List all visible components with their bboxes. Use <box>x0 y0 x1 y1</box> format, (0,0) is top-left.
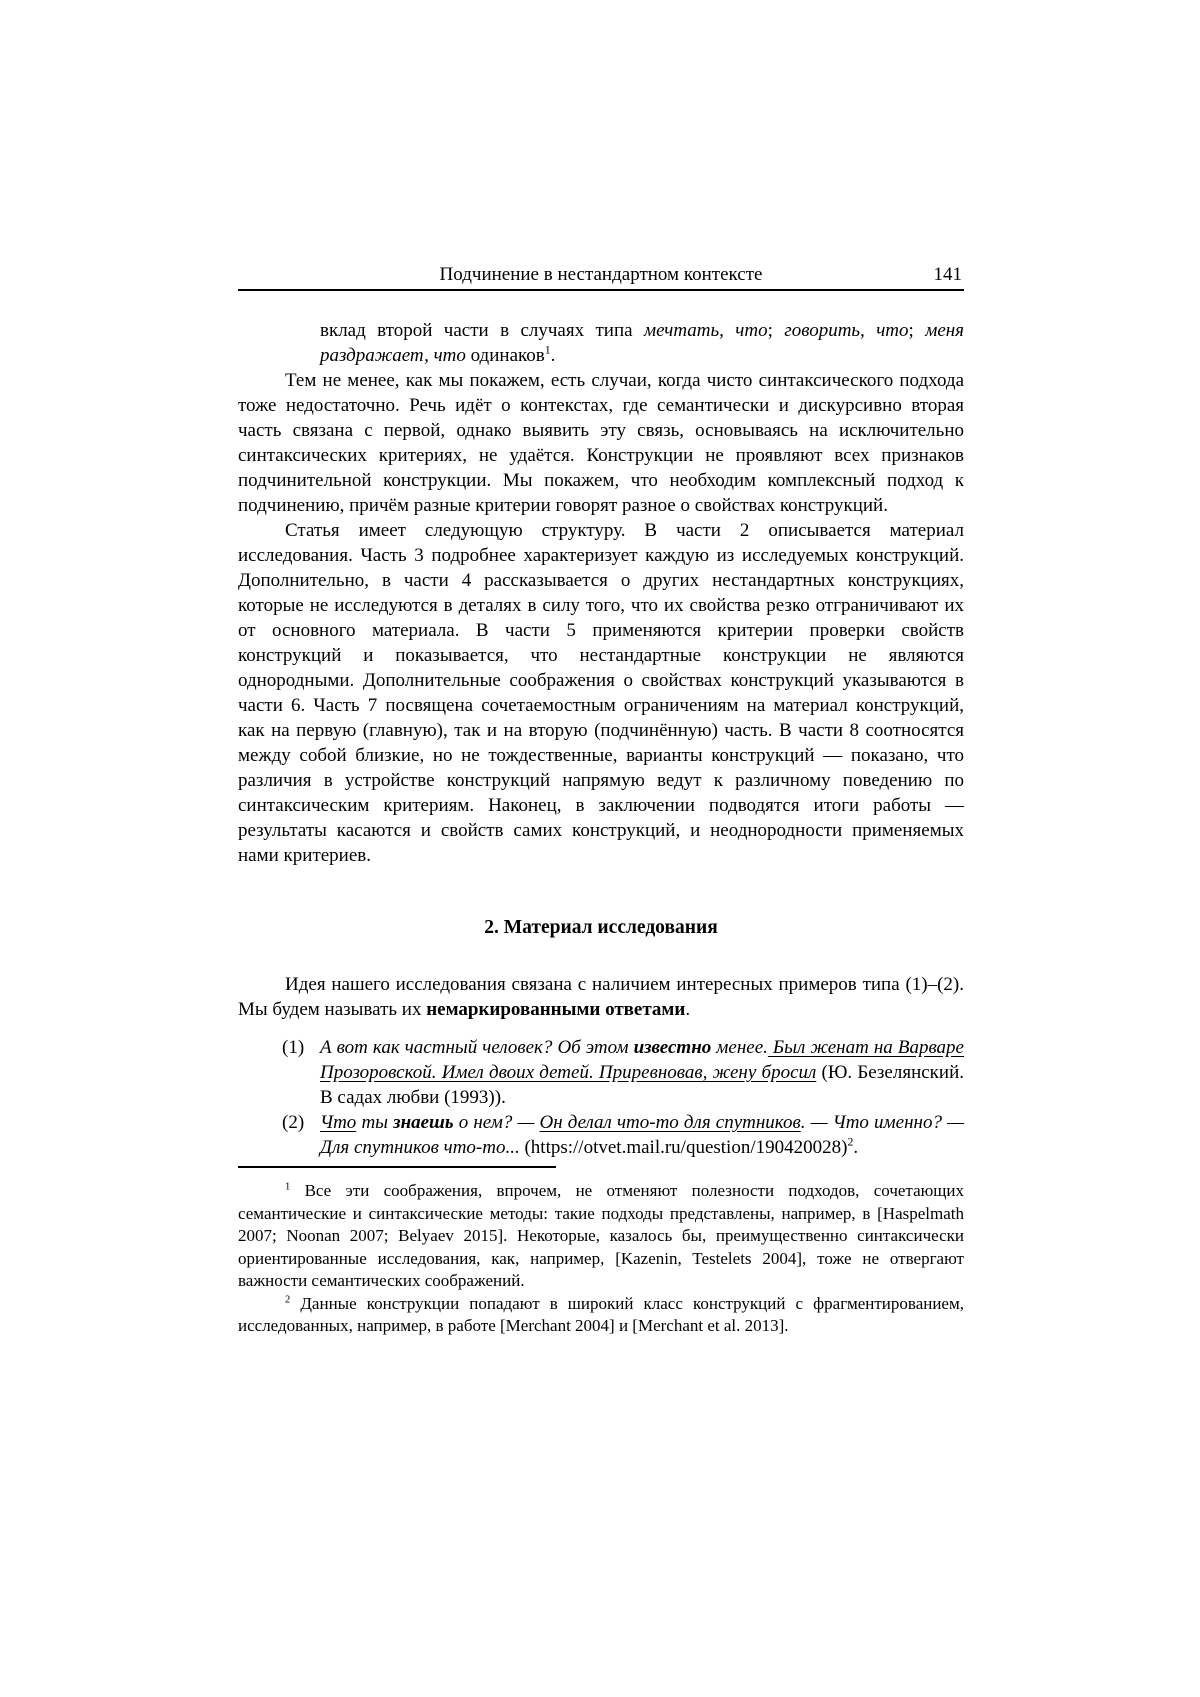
running-title: Подчинение в нестандартном контексте <box>238 262 964 288</box>
footnotes: 1 Все эти соображения, впрочем, не отмен… <box>238 1180 964 1338</box>
section-heading: 2. Материал исследования <box>238 915 964 940</box>
continuation-paragraph: вклад второй части в случаях типа мечтат… <box>320 318 964 368</box>
running-header: Подчинение в нестандартном контексте 141 <box>238 262 964 288</box>
header-rule <box>238 289 964 291</box>
footnote-rule <box>238 1166 556 1168</box>
example-item: (1) А вот как частный человек? Об этом и… <box>238 1035 964 1110</box>
text-column: Подчинение в нестандартном контексте 141… <box>238 262 964 1338</box>
example-item: (2) Что ты знаешь о нем? — Он делал что-… <box>238 1110 964 1160</box>
paragraph: Тем не менее, как мы покажем, есть случа… <box>238 368 964 518</box>
footnote: 1 Все эти соображения, впрочем, не отмен… <box>238 1180 964 1293</box>
page-number: 141 <box>934 262 963 288</box>
footnote: 2 Данные конструкции попадают в широкий … <box>238 1293 964 1338</box>
intro-paragraph: Идея нашего исследования связана с налич… <box>238 972 964 1022</box>
example-text: Что ты знаешь о нем? — Он делал что-то д… <box>320 1110 964 1160</box>
body-text: вклад второй части в случаях типа мечтат… <box>238 318 964 1338</box>
example-number: (1) <box>238 1035 320 1060</box>
paper-page: Подчинение в нестандартном контексте 141… <box>0 0 1200 1697</box>
example-number: (2) <box>238 1110 320 1135</box>
examples-list: (1) А вот как частный человек? Об этом и… <box>238 1035 964 1160</box>
paragraph: Статья имеет следующую структуру. В част… <box>238 518 964 868</box>
example-text: А вот как частный человек? Об этом извес… <box>320 1035 964 1110</box>
